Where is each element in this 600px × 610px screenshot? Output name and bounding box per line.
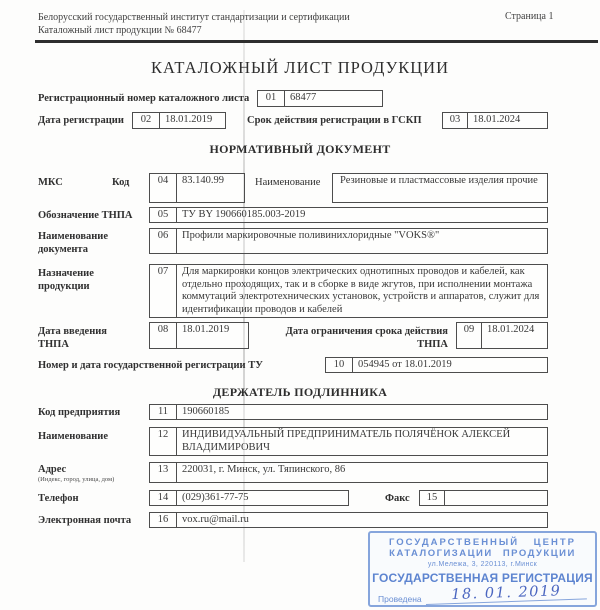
field-11-value: 190660185 (177, 405, 547, 419)
field-15-value (445, 491, 547, 505)
registration-stamp: ГОСУДАРСТВЕННЫЙ ЦЕНТР КАТАЛОГИЗАЦИИ ПРОД… (368, 531, 597, 607)
header-institute: Белорусский государственный институт ста… (38, 11, 350, 24)
field-10-value: 054945 от 18.01.2019 (353, 358, 547, 372)
stamp-performed-label: Проведена (378, 594, 422, 605)
field-01-reg-number: 01 68477 (257, 90, 383, 107)
field-09-code: 09 (457, 323, 482, 348)
field-04-name-value: Резиновые и пластмассовые изделия прочие (333, 174, 547, 202)
field-04-value: 83.140.99 (177, 174, 244, 189)
mks-code-label: Код (112, 177, 129, 190)
field-07-code: 07 (150, 265, 177, 317)
field-06-value: Профили маркировочные поливинихлоридные … (177, 229, 547, 244)
intro-date-label: Дата введения ТНПА (38, 326, 138, 351)
reg-number-label: Регистрационный номер каталожного листа (38, 93, 249, 106)
field-14-code: 14 (150, 491, 177, 505)
field-07-value: Для маркировки концов электрических одно… (177, 265, 547, 317)
field-08-intro-date: 08 18.01.2019 (149, 322, 249, 349)
section-original-holder: ДЕРЖАТЕЛЬ ПОДЛИННИКА (0, 385, 600, 400)
header-doc-ref: Каталожный лист продукции № 68477 (38, 24, 350, 37)
field-09-value: 18.01.2024 (482, 323, 547, 338)
field-15-code: 15 (420, 491, 445, 505)
mks-label: МКС (38, 177, 63, 190)
phone-label: Телефон (38, 493, 79, 506)
field-16-value: vox.ru@mail.ru (177, 513, 547, 527)
stamp-performed-row: Проведена 18. 01. 2019 (378, 588, 587, 605)
field-14-phone: 14 (029)361-77-75 (149, 490, 349, 506)
address-label: Адрес (38, 464, 66, 477)
section-normative-document: НОРМАТИВНЫЙ ДОКУМЕНТ (0, 142, 600, 157)
fax-label: Факс (385, 493, 410, 506)
address-hint: (Индекс, город, улица, дом) (38, 476, 114, 483)
stamp-handwritten-date: 18. 01. 2019 (425, 582, 587, 605)
field-08-value: 18.01.2019 (177, 323, 248, 338)
purpose-label: Назначение продукции (38, 268, 143, 293)
field-10-code: 10 (326, 358, 353, 372)
field-05-value: ТУ BY 190660185.003-2019 (177, 208, 547, 222)
field-14-value: (029)361-77-75 (177, 491, 348, 505)
email-label: Электронная почта (38, 515, 131, 528)
field-08-code: 08 (150, 323, 177, 348)
field-07-purpose: 07 Для маркировки концов электрических о… (149, 264, 548, 318)
field-13-address: 13 220031, г. Минск, ул. Тяпинского, 86 (149, 462, 548, 483)
field-11-enterprise-code: 11 190660185 (149, 404, 548, 420)
document-title: КАТАЛОЖНЫЙ ЛИСТ ПРОДУКЦИИ (0, 58, 600, 78)
field-02-code: 02 (133, 113, 160, 128)
field-06-doc-name: 06 Профили маркировочные поливинихлоридн… (149, 228, 548, 254)
field-05-tnpa: 05 ТУ BY 190660185.003-2019 (149, 207, 548, 223)
field-03-validity: 03 18.01.2024 (442, 112, 548, 129)
header-rule (35, 40, 598, 43)
mks-name-label: Наименование (255, 177, 320, 190)
field-05-code: 05 (150, 208, 177, 222)
tnpa-label: Обозначение ТНПА (38, 210, 133, 223)
field-15-fax: 15 (419, 490, 548, 506)
field-12-code: 12 (150, 428, 177, 455)
page-header: Белорусский государственный институт ста… (38, 11, 350, 37)
field-01-code: 01 (258, 91, 285, 106)
field-10-gov-reg: 10 054945 от 18.01.2019 (325, 357, 548, 373)
stamp-org-line1: ГОСУДАРСТВЕННЫЙ ЦЕНТР (370, 537, 595, 548)
field-02-value: 18.01.2019 (160, 113, 225, 128)
enterprise-code-label: Код предприятия (38, 407, 120, 420)
field-04-mks-name: Резиновые и пластмассовые изделия прочие (332, 173, 548, 203)
field-09-limit-date: 09 18.01.2024 (456, 322, 548, 349)
field-03-value: 18.01.2024 (468, 113, 547, 128)
page-number: Страница 1 (505, 11, 553, 22)
field-13-value: 220031, г. Минск, ул. Тяпинского, 86 (177, 463, 547, 478)
reg-date-label: Дата регистрации (38, 115, 124, 128)
field-16-code: 16 (150, 513, 177, 527)
field-01-value: 68477 (285, 91, 382, 106)
stamp-org-line2: КАТАЛОГИЗАЦИИ ПРОДУКЦИИ (370, 548, 595, 559)
field-06-code: 06 (150, 229, 177, 253)
validity-label: Срок действия регистрации в ГСКП (247, 115, 422, 128)
field-12-value: ИНДИВИДУАЛЬНЫЙ ПРЕДПРИНИМАТЕЛЬ ПОЛЯЧЁНОК… (177, 428, 547, 455)
stamp-address: ул.Мележа, 3, 220113, г.Минск (370, 560, 595, 569)
field-04-mks-code: 04 83.140.99 (149, 173, 245, 203)
field-04-code: 04 (150, 174, 177, 202)
field-03-code: 03 (443, 113, 468, 128)
limit-date-label: Дата ограничения срока действия ТНПА (272, 326, 448, 351)
catalog-sheet-scan: Белорусский государственный институт ста… (0, 0, 600, 610)
doc-name-label: Наименование документа (38, 231, 143, 256)
field-12-holder-name: 12 ИНДИВИДУАЛЬНЫЙ ПРЕДПРИНИМАТЕЛЬ ПОЛЯЧЁ… (149, 427, 548, 456)
field-16-email: 16 vox.ru@mail.ru (149, 512, 548, 528)
holder-name-label: Наименование (38, 431, 108, 444)
field-13-code: 13 (150, 463, 177, 482)
field-11-code: 11 (150, 405, 177, 419)
gov-reg-label: Номер и дата государственной регистрации… (38, 360, 263, 373)
field-02-reg-date: 02 18.01.2019 (132, 112, 226, 129)
